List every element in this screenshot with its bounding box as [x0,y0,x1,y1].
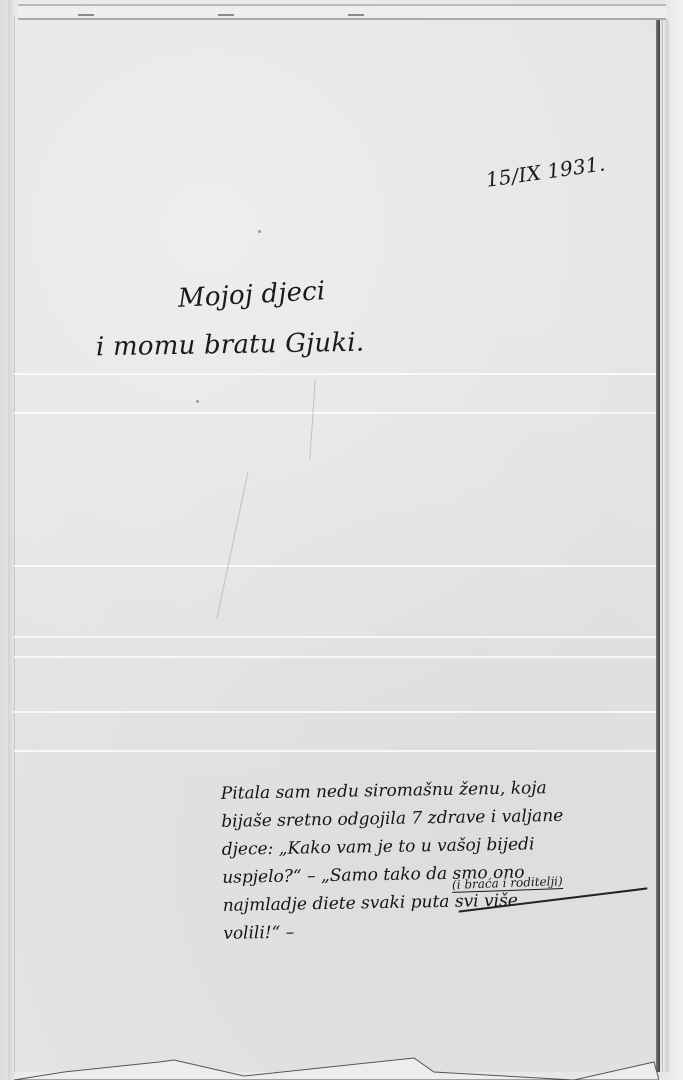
quote-paragraph: Pitala sam nedu siromašnu ženu, koja bij… [221,772,664,948]
scan-line [14,656,656,658]
fold-mark [348,14,364,16]
torn-bottom-edge [14,1050,659,1080]
top-folded-edge [18,4,666,20]
right-stacked-pages [662,20,671,1072]
fold-mark [218,14,234,16]
scan-line [14,636,656,638]
paper-speck [258,230,261,233]
scan-line [14,565,656,567]
scan-line [14,373,656,375]
fold-mark [78,14,94,16]
scan-line [14,412,656,414]
dedication-line-2: i momu bratu Gjuki. [96,328,365,363]
paper-speck [196,400,199,403]
scan-line [14,750,656,752]
scan-line [14,711,656,713]
